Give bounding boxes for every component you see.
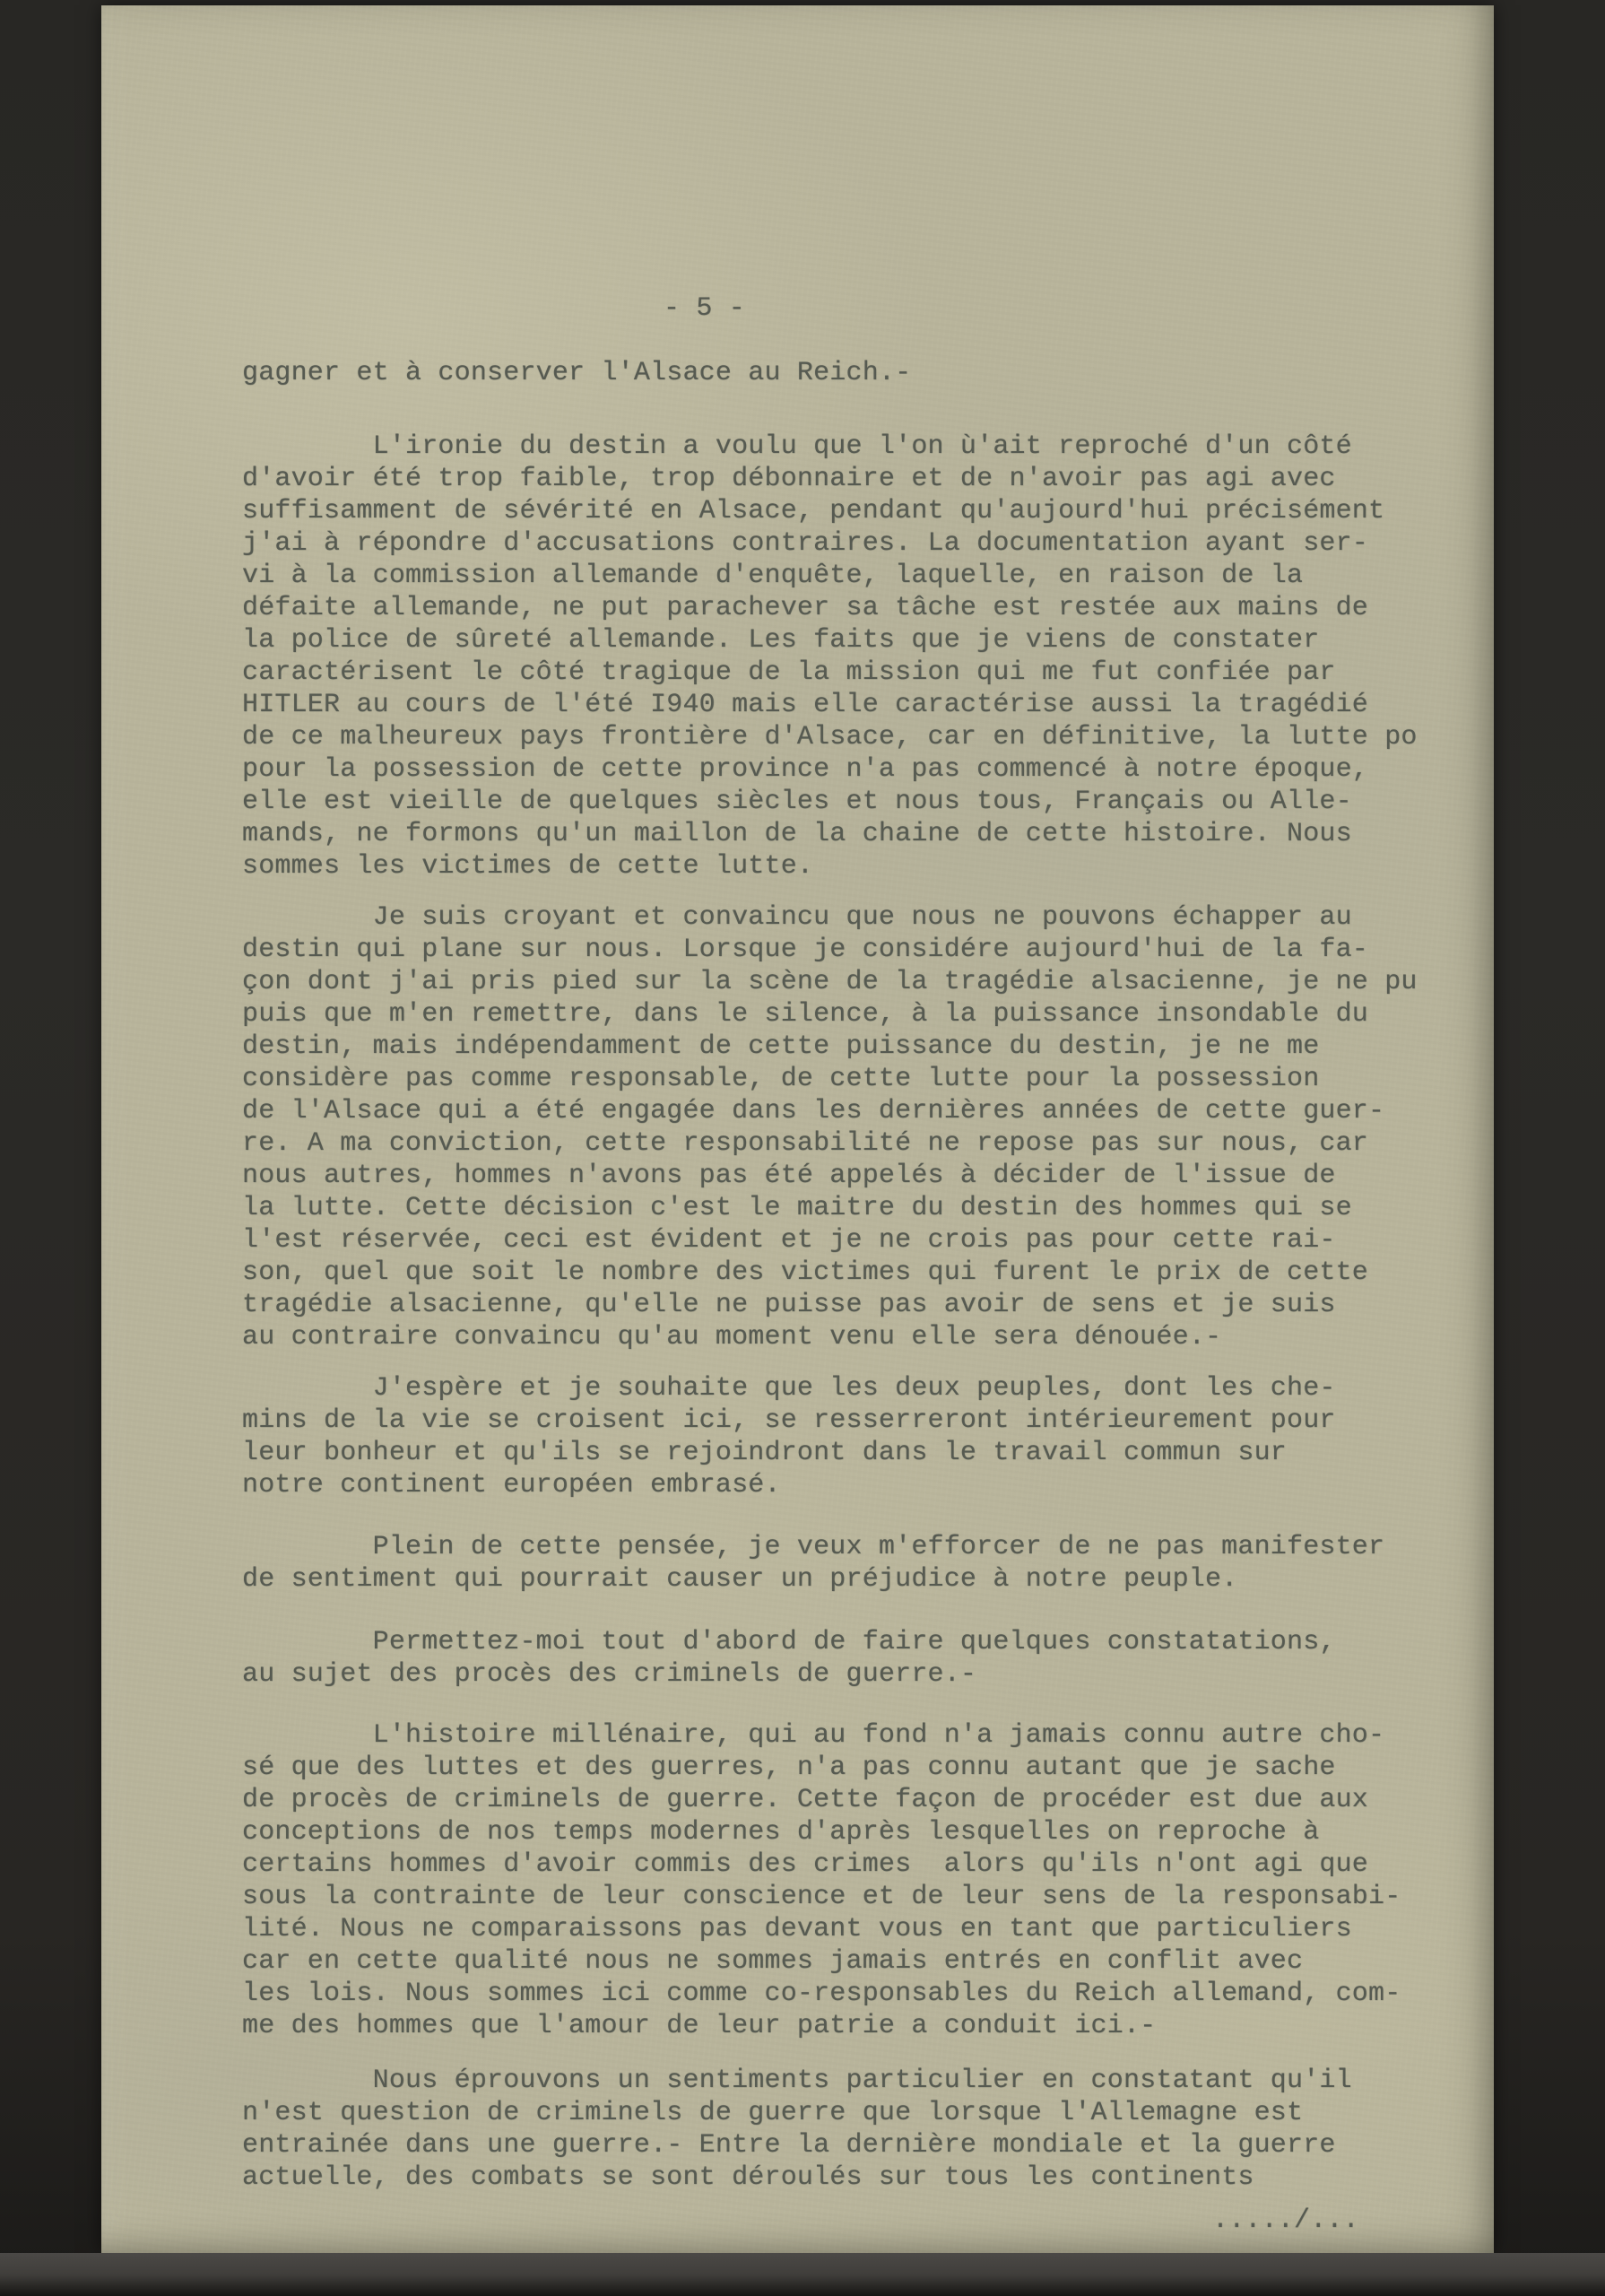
paragraph-believer-destiny: Je suis croyant et convaincu que nous ne… <box>242 901 1418 1353</box>
paragraph-no-prejudice: Plein de cette pensée, je veux m'efforce… <box>242 1531 1384 1596</box>
paragraph-irony-of-fate: L'ironie du destin a voulu que l'on ù'ai… <box>242 430 1418 883</box>
scan-bottom-edge <box>0 2253 1605 2296</box>
paragraph-war-criminals-feeling: Nous éprouvons un sentiments particulier… <box>242 2065 1352 2194</box>
continuation-mark: ...../... <box>1212 2205 1359 2237</box>
paragraph-millennial-history: L'histoire millénaire, qui au fond n'a j… <box>242 1719 1401 2042</box>
page-number: - 5 - <box>664 292 745 325</box>
paragraph-two-peoples-hope: J'espère et je souhaite que les deux peu… <box>242 1372 1336 1501</box>
scan-background: - 5 - gagner et à conserver l'Alsace au … <box>0 0 1605 2296</box>
document-page: - 5 - gagner et à conserver l'Alsace au … <box>101 5 1494 2253</box>
paragraph-opening-line: gagner et à conserver l'Alsace au Reich.… <box>242 357 911 389</box>
paragraph-permit-observations: Permettez-moi tout d'abord de faire quel… <box>242 1626 1336 1691</box>
